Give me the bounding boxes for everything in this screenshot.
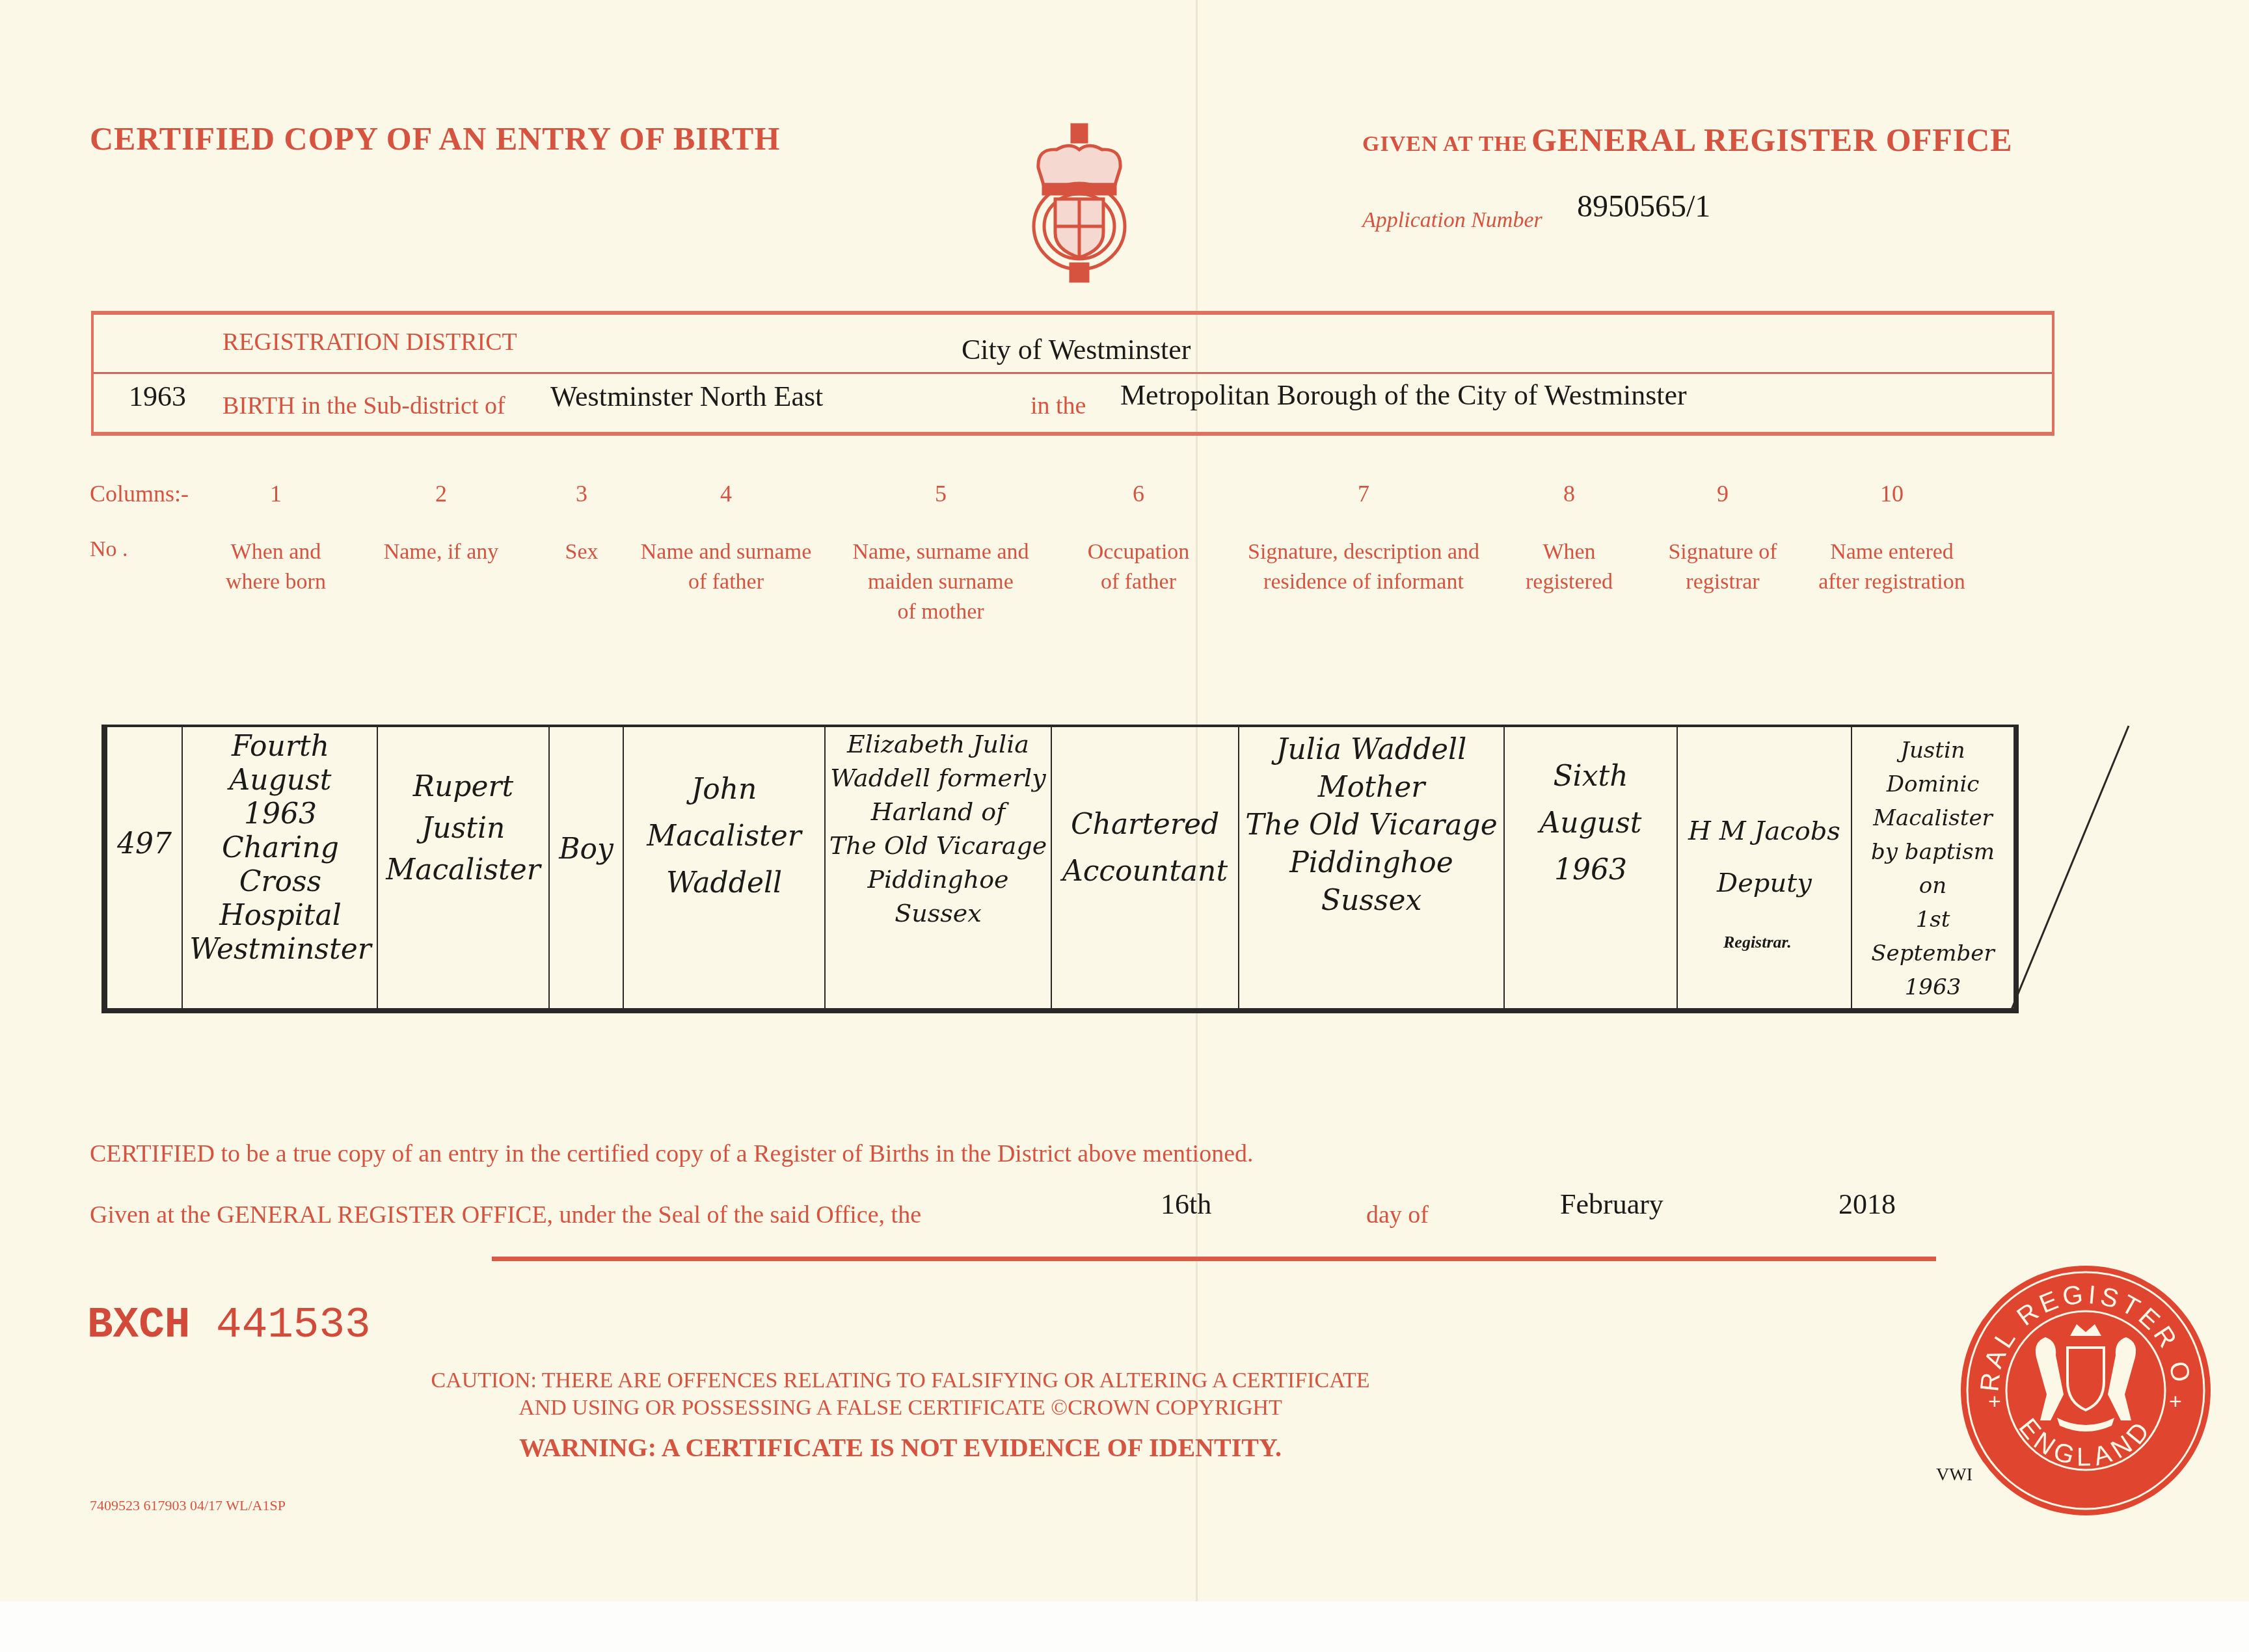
svg-text:+: + [1988,1389,2001,1414]
column-number-2: 2 [435,480,447,507]
column-heading-when-where-born: When and where born [226,537,326,597]
entry-father-name: John Macalister Waddell [624,766,824,907]
column-heading-when-registered: When registered [1526,537,1613,597]
borough-value: Metropolitan Borough of the City of West… [1120,379,1687,412]
column-number-9: 9 [1717,480,1729,507]
given-at-office: GENERAL REGISTER OFFICE [1531,122,2013,158]
registration-year: 1963 [129,380,186,413]
column-number-6: 6 [1133,480,1144,507]
print-codes: 7409523 617903 04/17 WL/A1SP [90,1497,286,1514]
identity-warning: WARNING: A CERTIFICATE IS NOT EVIDENCE O… [519,1432,1282,1463]
regbox-divider [94,372,2052,374]
entry-name-after-registration: Justin Dominic Macalister by baptism on … [1852,734,2013,1004]
entry-father-occupation: Chartered Accountant [1052,801,1238,895]
diagonal-closing-line [2008,725,2138,1011]
birth-entry-table: 497 Fourth August 1963 Charing Cross Hos… [101,725,2019,1013]
table-divider [182,727,183,1008]
registration-district-value: City of Westminster [962,333,1191,366]
column-heading-informant: Signature, description and residence of … [1248,537,1479,597]
svg-text:+: + [2169,1389,2182,1414]
serial-prefix: BXCH [87,1301,190,1350]
subdistrict-value: Westminster North East [550,380,823,413]
column-number-5: 5 [935,480,947,507]
columns-label: Columns:- [90,480,189,507]
day-of-label: day of [1366,1201,1429,1229]
caution-notice: CAUTION: THERE ARE OFFENCES RELATING TO … [431,1367,1369,1422]
certificate-title: CERTIFIED COPY OF AN ENTRY OF BIRTH [90,120,780,157]
entry-when-where-born: Fourth August 1963 Charing Cross Hospita… [184,730,377,966]
royal-crest-icon [1024,122,1135,284]
column-heading-sex: Sex [565,537,599,567]
entry-child-name: Rupert Justin Macalister [378,766,548,891]
entry-mother-name: Elizabeth Julia Waddell formerly Harland… [826,727,1051,930]
application-number-label: Application Number [1362,208,1542,233]
in-the-label: in the [1030,392,1086,420]
entry-number: 497 [107,826,182,862]
column-number-7: 7 [1358,480,1369,507]
given-at-heading: GIVEN AT THEGENERAL REGISTER OFFICE [1362,121,2013,159]
application-number: 8950565/1 [1577,189,1710,224]
registration-district-box: REGISTRATION DISTRICT City of Westminste… [91,311,2054,436]
column-number-4: 4 [720,480,732,507]
subdistrict-label: BIRTH in the Sub-district of [222,392,505,420]
entry-informant: Julia Waddell Mother The Old Vicarage Pi… [1239,731,1503,920]
entry-sex: Boy [550,831,623,868]
column-heading-father: Name and surname of father [641,537,811,597]
column-heading-father-occupation: Occupation of father [1088,537,1190,597]
registrar-label: Registrar. [1723,933,1792,952]
column-heading-mother: Name, surname and maiden surname of moth… [853,537,1029,627]
given-at-prefix: GIVEN AT THE [1362,132,1528,156]
given-under-seal-statement: Given at the GENERAL REGISTER OFFICE, un… [90,1201,921,1229]
column-number-10: 10 [1880,480,1904,507]
table-divider [548,727,550,1008]
certification-statement: CERTIFIED to be a true copy of an entry … [90,1139,1254,1168]
certification-year: 2018 [1838,1188,1896,1221]
entry-registrar-signature: H M Jacobs Deputy [1678,805,1851,909]
gro-seal-icon: GENERAL REGISTER OFFICE ENGLAND + + [1959,1264,2212,1517]
column-heading-name-after-registration: Name entered after registration [1818,537,1965,597]
serial-number: 441533 [216,1301,371,1350]
entry-when-registered: Sixth August 1963 [1505,753,1677,894]
signature-rule [492,1257,1936,1261]
certificate-serial: BXCH 441533 [87,1301,371,1350]
column-heading-name: Name, if any [384,537,499,567]
certification-month: February [1560,1188,1663,1221]
column-number-3: 3 [576,480,587,507]
registration-district-label: REGISTRATION DISTRICT [222,328,517,356]
column-number-1: 1 [270,480,282,507]
certification-day: 16th [1161,1188,1211,1221]
column-number-8: 8 [1563,480,1575,507]
no-column-label: No . [90,537,128,562]
column-heading-registrar-signature: Signature of registrar [1668,537,1777,597]
